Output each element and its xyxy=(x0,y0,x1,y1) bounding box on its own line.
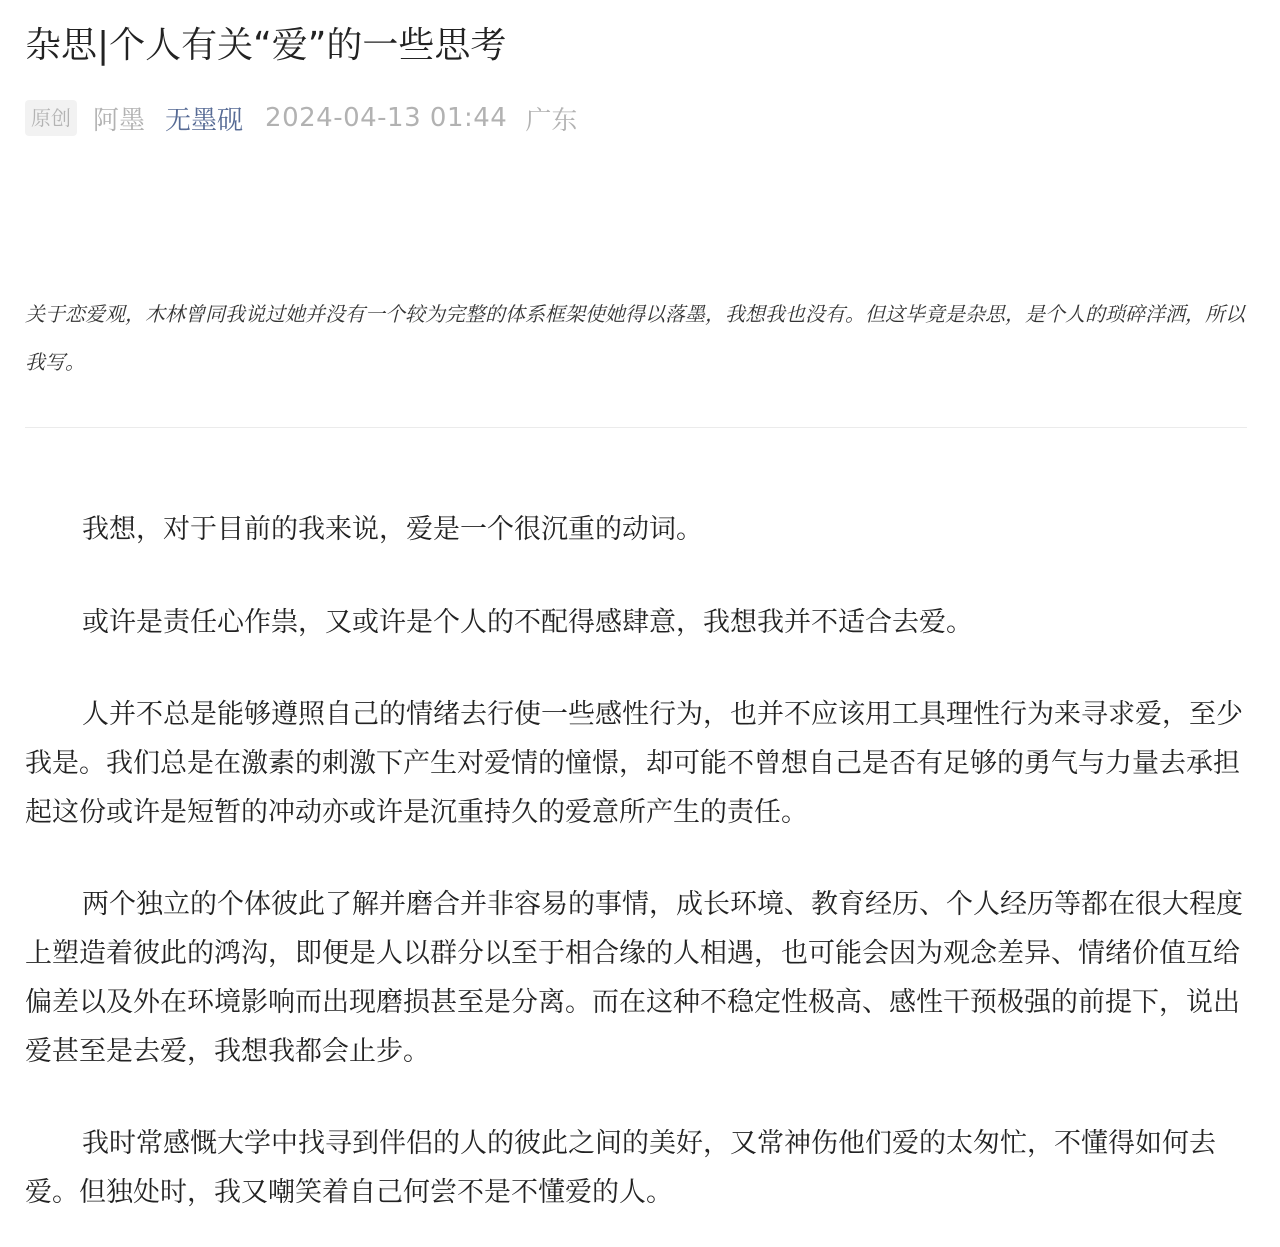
intro-quote: 关于恋爱观，木林曾同我说过她并没有一个较为完整的体系框架使她得以落墨，我想我也没… xyxy=(25,290,1247,386)
paragraph-5: 我时常感慨大学中找寻到伴侣的人的彼此之间的美好，又常神伤他们爱的太匆忙，不懂得如… xyxy=(25,1119,1247,1217)
paragraph-1: 我想，对于目前的我来说，爱是一个很沉重的动词。 xyxy=(25,505,1247,554)
article-meta: 原创 阿墨 无墨砚 2024-04-13 01:44 广东 xyxy=(25,98,577,138)
section-divider xyxy=(25,427,1247,428)
article-title: 杂思|个人有关“爱”的一些思考 xyxy=(25,20,506,72)
author-name: 阿墨 xyxy=(93,100,145,137)
publish-date: 2024-04-13 01:44 xyxy=(265,103,507,133)
paragraph-4: 两个独立的个体彼此了解并磨合并非容易的事情，成长环境、教育经历、个人经历等都在很… xyxy=(25,880,1247,1076)
account-link[interactable]: 无墨砚 xyxy=(165,100,243,137)
paragraph-3: 人并不总是能够遵照自己的情绪去行使一些感性行为，也并不应该用工具理性行为来寻求爱… xyxy=(25,690,1247,837)
publish-region: 广东 xyxy=(525,100,577,137)
paragraph-2: 或许是责任心作祟，又或许是个人的不配得感肆意，我想我并不适合去爱。 xyxy=(25,598,1247,647)
original-badge: 原创 xyxy=(25,100,77,136)
